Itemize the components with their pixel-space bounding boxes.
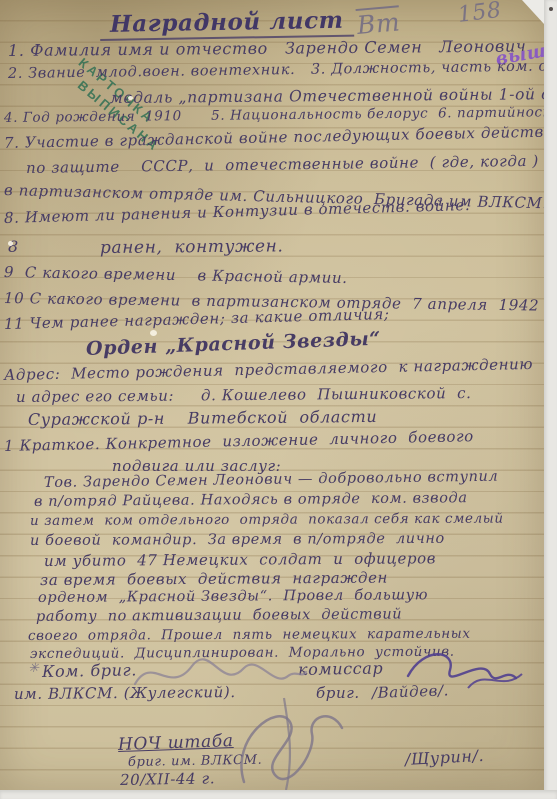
scanned-document: Наградной лист Вт 158 КАРТОЧКА ВЫПИСАНА …: [0, 0, 557, 799]
feat-text-line: им убито 47 Немецких солдат и офицеров: [44, 550, 436, 569]
hq-date: 20/XII-44 г.: [120, 770, 215, 788]
paper-speck: [128, 96, 133, 100]
form-line-red-army: 9 С какого времени в Красной армии.: [4, 264, 348, 286]
feat-text-line: и затем ком отдельного отряда показал се…: [30, 512, 504, 529]
page-number: 158: [457, 0, 503, 28]
form-line-name: 1. Фамилия имя и отчество Зарендо Семен …: [8, 37, 527, 59]
form-line-medal: медаль „партизана Отечественной войны 1-…: [110, 85, 544, 107]
answer-order-red-star: Орден „Красной Звезды“: [86, 329, 382, 360]
form-line-birth-nationality: 4. Год рождения 1910 5. Национальность б…: [4, 104, 544, 126]
hq-chief-name: /Щурин/.: [405, 747, 485, 769]
pencil-signature-hq-chief: [222, 694, 357, 790]
ink-signature-commissar: [398, 644, 528, 702]
scan-corner-fold: [522, 0, 544, 24]
form-line-feat-heading: 1 Краткое. Конкретное изложение личного …: [4, 428, 474, 454]
pencil-signature-commander: [130, 648, 310, 700]
form-line-participation: 7. Участие в гражданской войне последующ…: [4, 123, 544, 151]
form-line-defense: по защите СССР, и отечественные войне ( …: [26, 153, 539, 177]
feat-text-line: работу по активизации боевых действий: [36, 607, 402, 625]
paper-speck: [150, 330, 157, 336]
pencil-asterisk-mark: ✳: [28, 662, 40, 676]
scan-artifact-dot: [549, 7, 553, 11]
commander-label: Ком. бриг.: [42, 661, 137, 680]
scan-edge-right: [544, 0, 557, 799]
form-line-region: Суражской р-н Витебской области: [28, 408, 377, 429]
feat-text-line: за время боевых действия награжден: [40, 570, 388, 589]
feat-text-line: в п/отряд Райцева. Находясь в отряде ком…: [34, 491, 468, 511]
document-title: Наградной лист: [100, 8, 354, 42]
form-line-family-address: и адрес его семьи: д. Кошелево Пышниковс…: [16, 385, 472, 405]
pencil-initials-mark: Вт: [356, 8, 402, 39]
form-line-address: Адрес: Место рождения представляемого к …: [4, 356, 533, 384]
feat-text-line: орденом „Красной Звезды“. Провел большую: [38, 588, 428, 607]
answer-wounds: ранен, контужен.: [100, 237, 284, 257]
feat-text-line: своего отряда. Прошел пять немецких кара…: [28, 627, 471, 644]
paper-sheet: Наградной лист Вт 158 КАРТОЧКА ВЫПИСАНА …: [0, 0, 544, 790]
hq-chief-label: НОЧ штаба: [118, 732, 234, 755]
commissar-label: комиссар: [298, 660, 384, 679]
scan-edge-bottom: [0, 790, 557, 799]
feat-text-line: и боевой командир. За время в п/отряде л…: [30, 532, 445, 550]
paper-speck: [8, 241, 13, 246]
